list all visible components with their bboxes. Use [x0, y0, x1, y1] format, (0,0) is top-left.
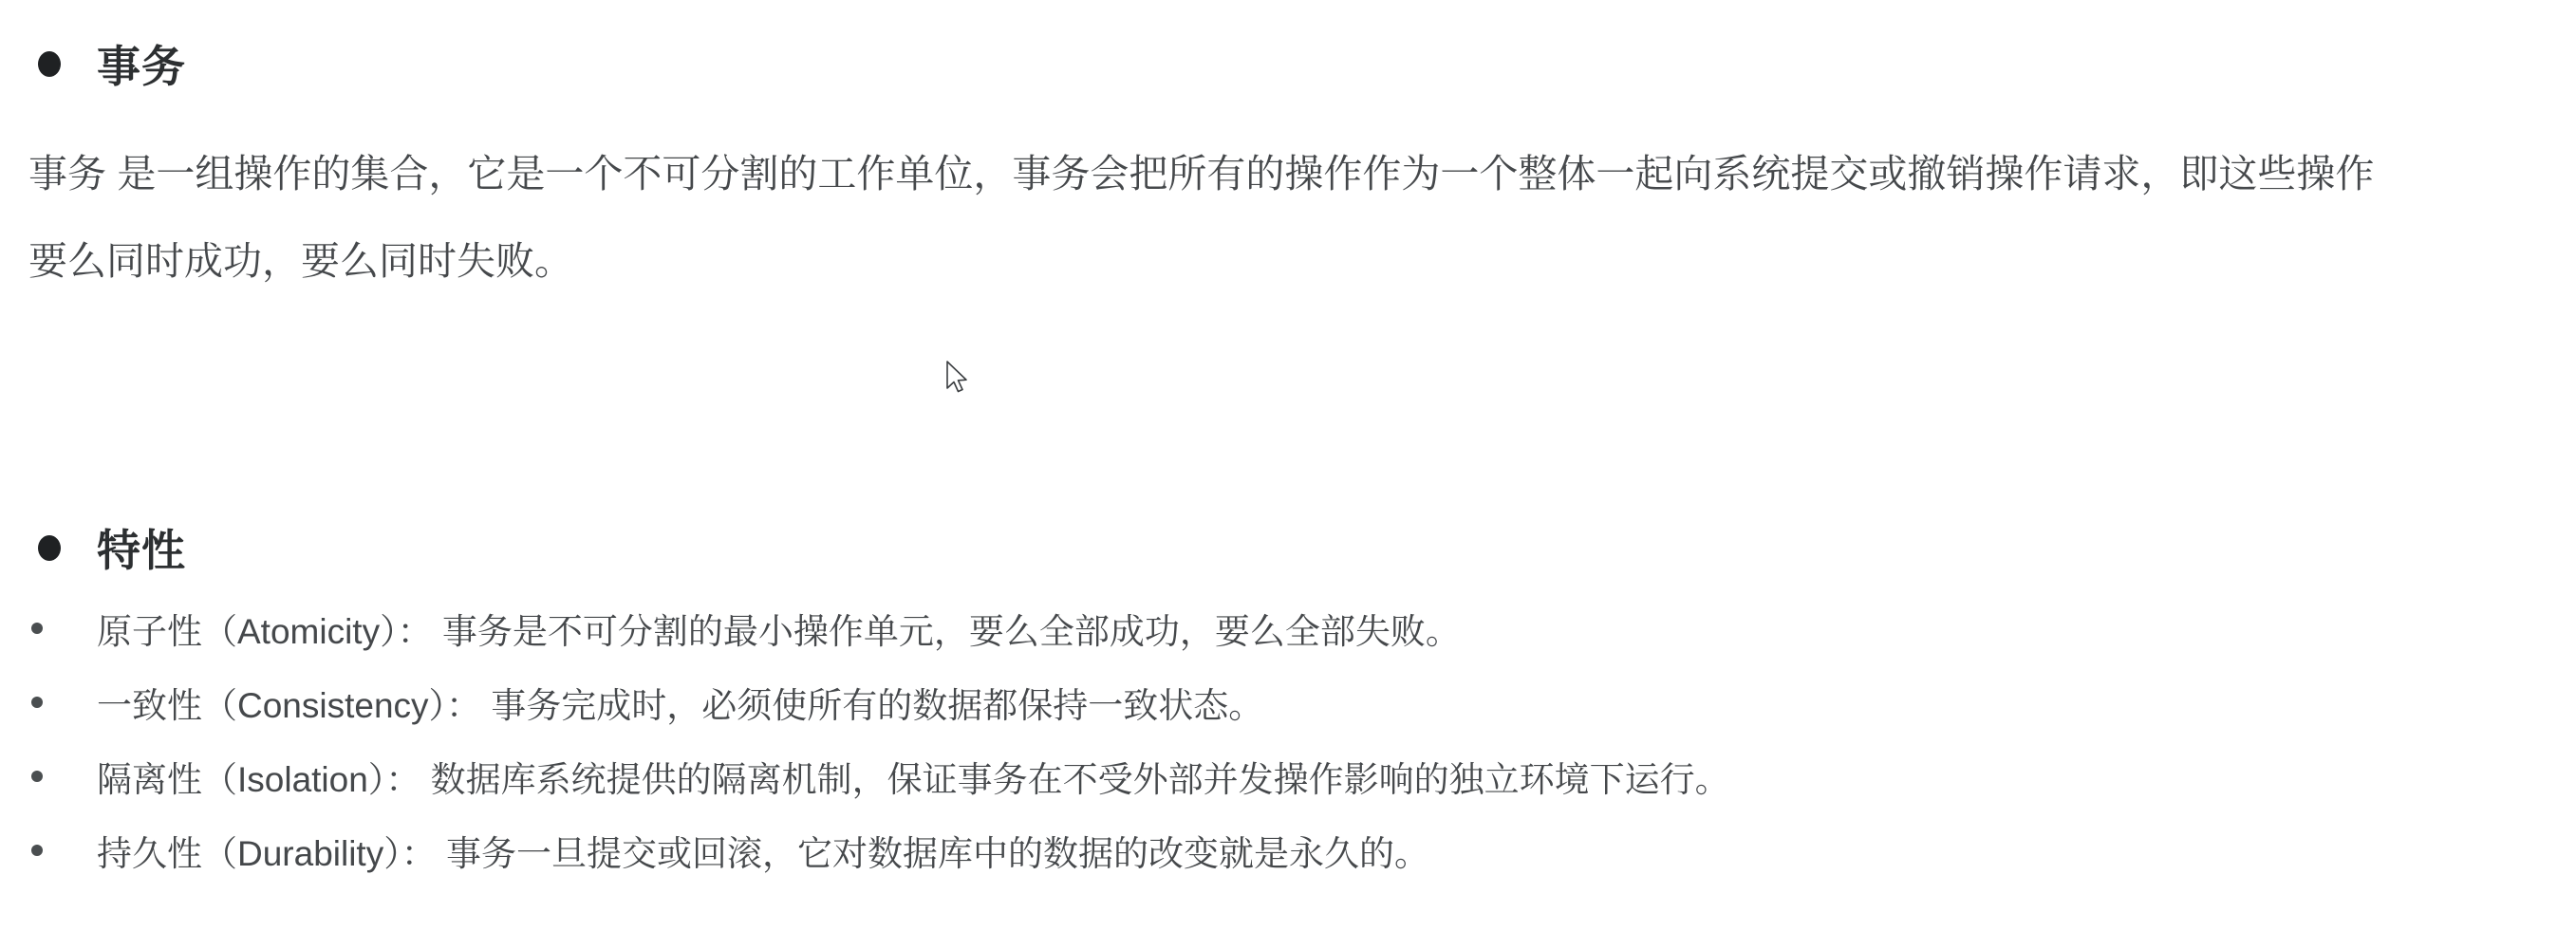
list-item-text: 持久性（Durability）： 事务一旦提交或回滚，它对数据库中的数据的改变就…	[97, 825, 1429, 876]
list-bullet-icon	[31, 845, 43, 856]
mouse-cursor-icon	[944, 360, 968, 395]
heading-properties: 特性	[38, 524, 186, 571]
paragraph-line: 事务 是一组操作的集合，它是一个不可分割的工作单位，事务会把所有的操作作为一个整…	[28, 130, 2374, 217]
paragraph-line: 要么同时成功，要么同时失败。	[28, 217, 2374, 305]
heading-transaction: 事务	[38, 40, 186, 87]
list-bullet-icon	[31, 623, 43, 634]
list-item-durability: 持久性（Durability）： 事务一旦提交或回滚，它对数据库中的数据的改变就…	[0, 813, 1730, 887]
list-item-consistency: 一致性（Consistency）： 事务完成时，必须使所有的数据都保持一致状态。	[0, 665, 1730, 739]
transaction-paragraph: 事务 是一组操作的集合，它是一个不可分割的工作单位，事务会把所有的操作作为一个整…	[28, 130, 2374, 305]
list-bullet-icon	[31, 697, 43, 708]
list-item-text: 原子性（Atomicity）： 事务是不可分割的最小操作单元，要么全部成功，要么…	[97, 603, 1461, 654]
acid-properties-list: 原子性（Atomicity）： 事务是不可分割的最小操作单元，要么全部成功，要么…	[0, 591, 1730, 887]
heading-properties-label: 特性	[97, 516, 186, 579]
list-item-text: 隔离性（Isolation）： 数据库系统提供的隔离机制，保证事务在不受外部并发…	[97, 751, 1730, 802]
document-page: 事务 事务 是一组操作的集合，它是一个不可分割的工作单位，事务会把所有的操作作为…	[0, 0, 2576, 931]
heading-bullet-icon	[38, 51, 61, 77]
list-item-isolation: 隔离性（Isolation）： 数据库系统提供的隔离机制，保证事务在不受外部并发…	[0, 739, 1730, 813]
list-item-text: 一致性（Consistency）： 事务完成时，必须使所有的数据都保持一致状态。	[97, 677, 1263, 728]
list-bullet-icon	[31, 771, 43, 782]
heading-transaction-label: 事务	[97, 32, 186, 95]
heading-bullet-icon	[38, 535, 61, 561]
list-item-atomicity: 原子性（Atomicity）： 事务是不可分割的最小操作单元，要么全部成功，要么…	[0, 591, 1730, 665]
